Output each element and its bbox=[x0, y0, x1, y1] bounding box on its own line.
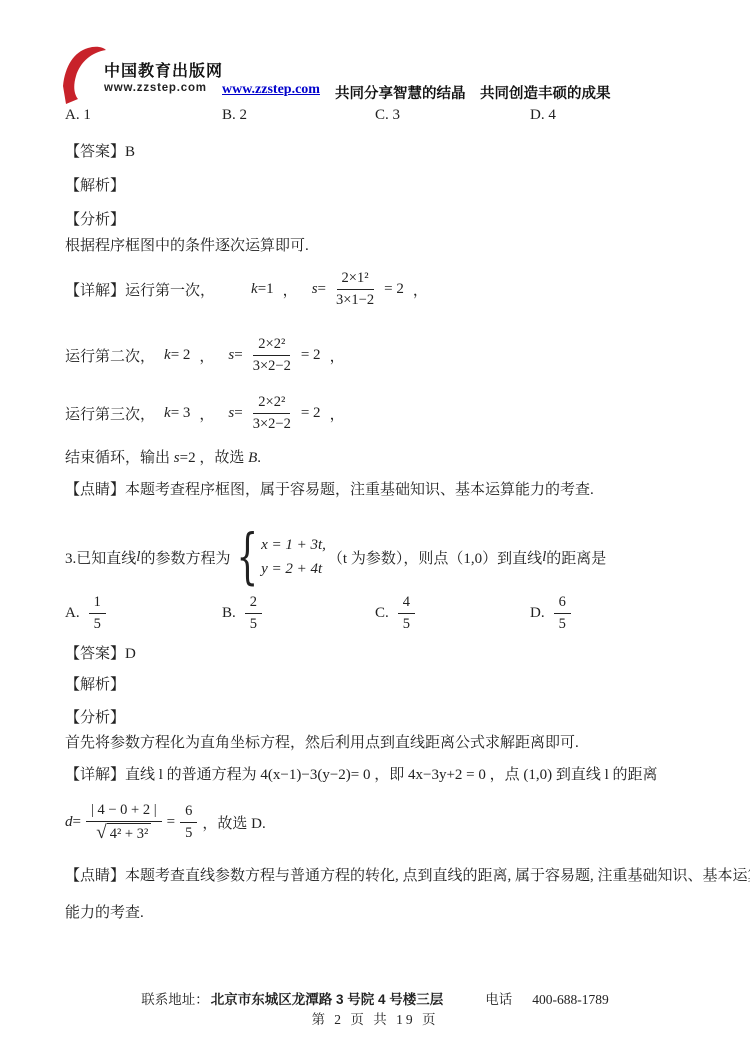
footer-address: 北京市东城区龙潭路 3 号院 4 号楼三层 bbox=[211, 988, 444, 1008]
q2-run2-keq: = 2 bbox=[171, 347, 191, 364]
q3-option-d: D. 65 bbox=[530, 591, 730, 635]
footer-page-number: 第 2 页 共 19 页 bbox=[0, 1008, 750, 1028]
q2-note: 【点睛】本题考查程序框图，属于容易题，注重基础知识、基本运算能力的考查. bbox=[65, 478, 710, 499]
q3-distance-formula: d = | 4 − 0 + 2 | √ 4² + 3² = 6 5 ，故选 D. bbox=[65, 798, 710, 846]
logo-brand-text: 中国教育出版网 bbox=[104, 58, 232, 81]
q3-note-line2: 能力的考查. bbox=[65, 901, 710, 922]
q2-run2-kvar: k bbox=[164, 347, 171, 364]
logo-url-text: www.zzstep.com bbox=[104, 82, 232, 94]
q3-note-line1: 【点睛】本题考查直线参数方程与普通方程的转化, 点到直线的距离, 属于容易题, … bbox=[65, 864, 710, 885]
q2-run1-result: = 2 bbox=[384, 281, 404, 298]
q2-run1-tail: ， bbox=[413, 279, 428, 300]
q2-run3-fraction: 2×2² 3×2−2 bbox=[248, 393, 296, 432]
q3-detail-text: 【详解】直线 l 的普通方程为 4(x−1)−3(y−2)= 0 ，即 4x−3… bbox=[65, 763, 710, 784]
param-eq-y: y = 2 + 4t bbox=[261, 561, 326, 578]
result-fraction: 6 5 bbox=[180, 802, 197, 841]
q3-analysis-text: 首先将参数方程化为直角坐标方程，然后利用点到直线距离公式求解距离即可. bbox=[65, 731, 710, 752]
q2-run3-line: 运行第三次， k = 3 ， s = 2×2² 3×2−2 = 2 ， bbox=[65, 390, 710, 436]
q3-fenxi-label: 【分析】 bbox=[65, 706, 710, 727]
sqrt-symbol-icon: √ bbox=[96, 823, 106, 843]
q3-option-c: C. 45 bbox=[375, 591, 530, 635]
q2-run2-tail: ， bbox=[330, 345, 345, 366]
q3-jiexi-label: 【解析】 bbox=[65, 673, 710, 694]
q2-run1-comma: ， bbox=[283, 279, 298, 300]
parametric-system: { x = 1 + 3t, y = 2 + 4t bbox=[236, 537, 325, 578]
header-website-link[interactable]: www.zzstep.com bbox=[222, 82, 320, 98]
q2-run3-text: 运行第三次， bbox=[65, 403, 155, 424]
q2-run2-text: 运行第二次， bbox=[65, 345, 155, 366]
site-logo: 中国教育出版网 www.zzstep.com bbox=[62, 44, 232, 110]
q2-option-a: A. 1 bbox=[65, 107, 222, 124]
document-page: 中国教育出版网 www.zzstep.com www.zzstep.com 共同… bbox=[0, 0, 750, 1060]
distance-fraction: | 4 − 0 + 2 | √ 4² + 3² bbox=[86, 801, 162, 842]
q2-option-c: C. 3 bbox=[375, 107, 530, 124]
q2-run2-result: = 2 bbox=[301, 347, 321, 364]
q2-run3-comma: ， bbox=[199, 403, 214, 424]
q2-run3-result: = 2 bbox=[301, 405, 321, 422]
q2-end-line: 结束循环，输出 s=2 ，故选 B. bbox=[65, 446, 710, 467]
footer-contact: 联系地址： 北京市东城区龙潭路 3 号院 4 号楼三层 电话 400-688-1… bbox=[0, 988, 750, 1008]
footer-phone-label: 电话 bbox=[485, 988, 512, 1008]
footer-phone-number: 400-688-1789 bbox=[532, 992, 609, 1008]
q2-run3-tail: ， bbox=[330, 403, 345, 424]
q2-options-row: A. 1 B. 2 C. 3 D. 4 bbox=[65, 107, 730, 124]
q2-jiexi-label: 【解析】 bbox=[65, 174, 710, 195]
d-var: d bbox=[65, 814, 73, 831]
footer-address-label: 联系地址： bbox=[141, 988, 209, 1008]
q3-options-row: A. 15 B. 25 C. 45 D. 65 bbox=[65, 591, 730, 635]
q2-run3-kvar: k bbox=[164, 405, 171, 422]
q3-option-a: A. 15 bbox=[65, 591, 222, 635]
q3-option-b: B. 25 bbox=[222, 591, 375, 635]
q2-answer: 【答案】B bbox=[65, 140, 710, 161]
q2-run3-seq: = bbox=[234, 405, 242, 422]
logo-swoosh-icon bbox=[62, 46, 106, 108]
q3-conclusion: ，故选 D. bbox=[202, 812, 265, 833]
q2-run1-fraction: 2×1² 3×1−2 bbox=[331, 269, 379, 308]
q2-analysis-text: 根据程序框图中的条件逐次运算即可. bbox=[65, 234, 710, 255]
q3-stem: 3.已知直线 l 的参数方程为 { x = 1 + 3t, y = 2 + 4t… bbox=[65, 528, 710, 586]
q2-run1-seq: = bbox=[318, 281, 326, 298]
q2-run1-kvar: k bbox=[251, 281, 258, 298]
q2-run1-text: 运行第一次， bbox=[125, 279, 215, 300]
q2-run2-seq: = bbox=[234, 347, 242, 364]
q2-run2-fraction: 2×2² 3×2−2 bbox=[248, 335, 296, 374]
sqrt-radical: √ 4² + 3² bbox=[96, 823, 151, 843]
header-slogan: 共同分享智慧的结晶 共同创造丰硕的成果 bbox=[335, 82, 611, 103]
q2-run3-keq: = 3 bbox=[171, 405, 191, 422]
q2-run2-line: 运行第二次， k = 2 ， s = 2×2² 3×2−2 = 2 ， bbox=[65, 332, 710, 378]
q2-detail-label: 【详解】 bbox=[65, 279, 125, 300]
q2-option-b: B. 2 bbox=[222, 107, 375, 124]
q2-option-d: D. 4 bbox=[530, 107, 730, 124]
q3-answer: 【答案】D bbox=[65, 642, 710, 663]
q2-run1-line: 【详解】 运行第一次， k =1 ， s = 2×1² 3×1−2 = 2 ， bbox=[65, 266, 710, 312]
q2-fenxi-label: 【分析】 bbox=[65, 208, 710, 229]
q2-run1-keq: =1 bbox=[258, 281, 274, 298]
left-brace: { bbox=[236, 522, 258, 592]
param-eq-x: x = 1 + 3t, bbox=[261, 537, 326, 554]
q2-run2-comma: ， bbox=[199, 345, 214, 366]
